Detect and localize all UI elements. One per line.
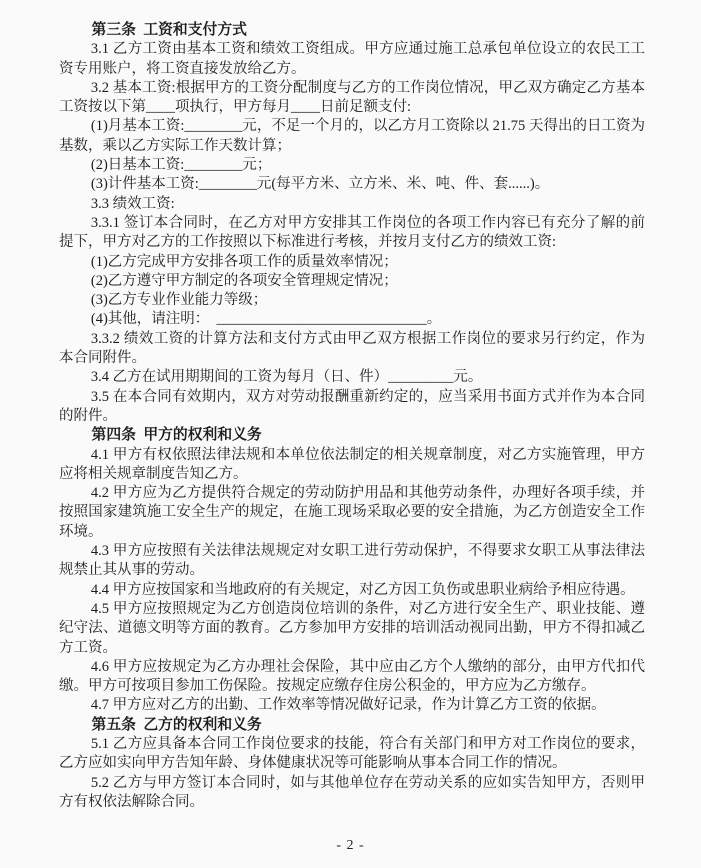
- clause-3-4: 3.4 乙方在试用期期间的工资为每月（日、件）_________元。: [59, 368, 645, 387]
- clause-4-7: 4.7 甲方应对乙方的出勤、工作效率等情况做好记录，作为计算乙方工资的依据。: [59, 696, 645, 715]
- clause-4-4: 4.4 甲方应按国家和当地政府的有关规定，对乙方因工负伤或患职业病给予相应待遇。: [59, 581, 645, 600]
- article-5-heading: 第五条 乙方的权利和义务: [59, 716, 645, 735]
- article-3-heading: 第三条 工资和支付方式: [59, 21, 645, 40]
- clause-3-3-2: 3.3.2 绩效工资的计算方法和支付方式由甲乙双方根据工作岗位的要求另行约定，作…: [59, 330, 645, 369]
- clause-3-3-1-item-2: (2)乙方遵守甲方制定的各项安全管理规定情况；: [59, 272, 645, 291]
- clause-3-3-1-item-3: (3)乙方专业作业能力等级；: [59, 291, 645, 310]
- clause-5-1: 5.1 乙方应具备本合同工作岗位要求的技能，符合有关部门和甲方对工作岗位的要求，…: [59, 735, 645, 774]
- clause-3-3-1-item-4: (4)其他，请注明： _____________________________…: [59, 310, 645, 329]
- article-4-heading: 第四条 甲方的权利和义务: [59, 426, 645, 445]
- clause-3-2-item-1: (1)月基本工资:________元，不足一个月的，以乙方月工资除以 21.75…: [59, 117, 645, 156]
- contract-document-page: 第三条 工资和支付方式 3.1 乙方工资由基本工资和绩效工资组成。甲方应通过施工…: [0, 0, 701, 812]
- clause-4-6: 4.6 甲方应按规定为乙方办理社会保险，其中应由乙方个人缴纳的部分，由甲方代扣代…: [59, 658, 645, 697]
- clause-3-5: 3.5 在本合同有效期内，双方对劳动报酬重新约定的，应当采用书面方式并作为本合同…: [59, 388, 645, 427]
- clause-4-2: 4.2 甲方应为乙方提供符合规定的劳动防护用品和其他劳动条件，办理好各项手续，并…: [59, 484, 645, 542]
- clause-4-5: 4.5 甲方应按照规定为乙方创造岗位培训的条件，对乙方进行安全生产、职业技能、遵…: [59, 600, 645, 658]
- clause-5-2: 5.2 乙方与甲方签订本合同时，如与其他单位存在劳动关系的应如实告知甲方，否则甲…: [59, 774, 645, 813]
- clause-3-2: 3.2 基本工资:根据甲方的工资分配制度与乙方的工作岗位情况，甲乙双方确定乙方基…: [59, 79, 645, 118]
- clause-3-2-item-2: (2)日基本工资:________元；: [59, 156, 645, 175]
- clause-3-3-1: 3.3.1 签订本合同时，在乙方对甲方安排其工作岗位的各项工作内容已有充分了解的…: [59, 214, 645, 253]
- clause-3-2-item-3: (3)计件基本工资:________元(每平方米、立方米、米、吨、件、套....…: [59, 175, 645, 194]
- clause-4-3: 4.3 甲方应按照有关法律法规规定对女职工进行劳动保护，不得要求女职工从事法律法…: [59, 542, 645, 581]
- clause-4-1: 4.1 甲方有权依照法律法规和本单位依法制定的相关规章制度，对乙方实施管理，甲方…: [59, 446, 645, 485]
- clause-3-1: 3.1 乙方工资由基本工资和绩效工资组成。甲方应通过施工总承包单位设立的农民工工…: [59, 40, 645, 79]
- clause-3-3: 3.3 绩效工资:: [59, 195, 645, 214]
- page-number: - 2 -: [0, 838, 701, 854]
- clause-3-3-1-item-1: (1)乙方完成甲方安排各项工作的质量效率情况；: [59, 253, 645, 272]
